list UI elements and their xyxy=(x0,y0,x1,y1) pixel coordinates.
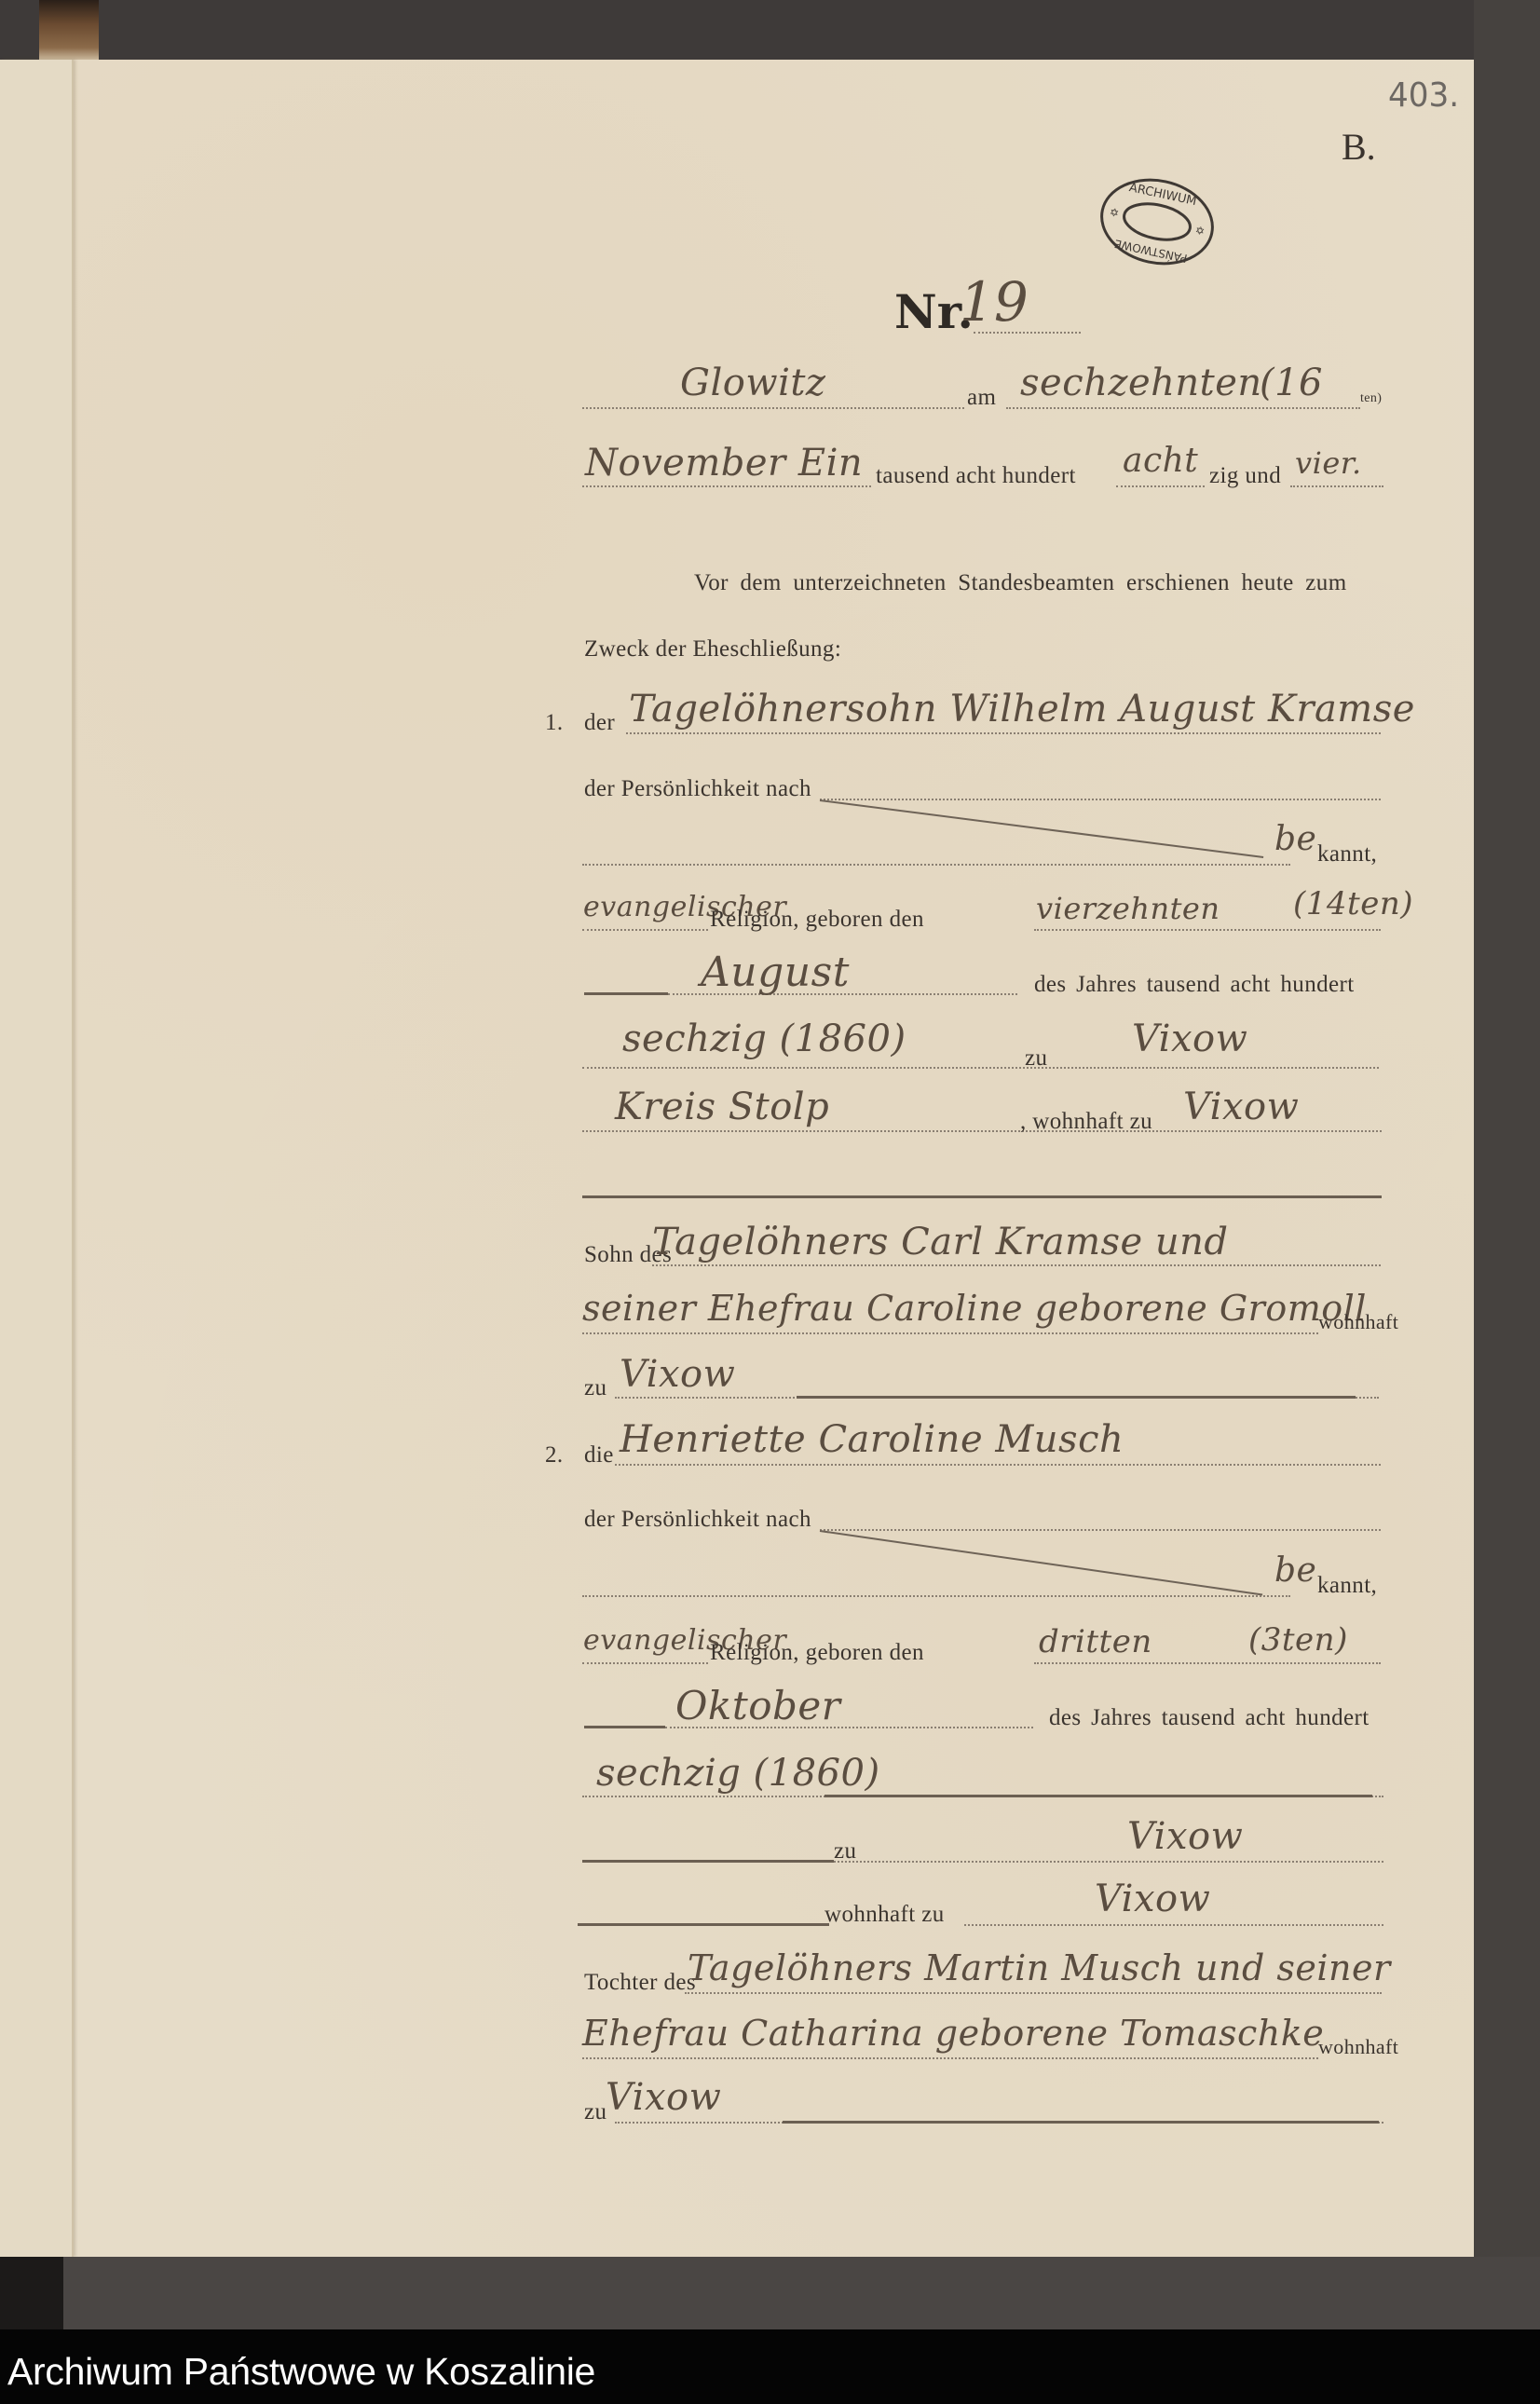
party1-birth-place: Vixow xyxy=(1132,1018,1247,1060)
party1-residence: Vixow xyxy=(1183,1086,1299,1128)
party1-residence-label: , wohnhaft zu xyxy=(1020,1109,1152,1135)
party1-index: 1. xyxy=(545,710,564,736)
party1-birth-year: sechzig (1860) xyxy=(622,1018,906,1060)
facing-page-edge xyxy=(0,60,74,2257)
party1-mother: seiner Ehefrau Caroline geborene Gromoll xyxy=(582,1288,1367,1329)
party2-residence: Vixow xyxy=(1095,1878,1210,1920)
party2-birth-place: Vixow xyxy=(1127,1815,1243,1858)
party1-birthday-numeric: (14ten) xyxy=(1293,885,1413,922)
party2-birth-year: sechzig (1860) xyxy=(596,1752,880,1795)
party1-birthyear-line xyxy=(582,1067,1379,1069)
svg-text:✡: ✡ xyxy=(1109,205,1121,220)
svg-text:✡: ✡ xyxy=(1194,224,1206,239)
place-field: Glowitz xyxy=(680,362,826,404)
year-printed-1: tausend acht hundert xyxy=(876,463,1076,489)
party2-known-fill: be xyxy=(1274,1551,1316,1590)
party2-father-line xyxy=(685,1992,1382,1994)
folio-number: 403. xyxy=(1388,76,1459,115)
party1-religion-line xyxy=(582,929,708,931)
party1-district: Kreis Stolp xyxy=(615,1086,829,1128)
unit-field: vier. xyxy=(1295,445,1362,481)
section-letter: B. xyxy=(1342,125,1376,169)
book-spine xyxy=(39,0,99,60)
archive-caption: Archiwum Państwowe w Koszalinie xyxy=(7,2348,595,2395)
party1-identity-line-2 xyxy=(582,864,1290,866)
party2-birthday-numeric: (3ten) xyxy=(1248,1621,1348,1659)
party2-identity-label: der Persönlichkeit nach xyxy=(584,1507,811,1533)
party1-month-rule xyxy=(584,992,668,995)
party2-parents-residence-label: wohnhaft xyxy=(1318,2035,1398,2059)
party1-blank-rule xyxy=(582,1195,1382,1198)
party1-district-line xyxy=(582,1130,1382,1132)
month-line xyxy=(582,485,871,487)
party2-identity-line-1 xyxy=(820,1529,1381,1531)
party2-known-suffix: kannt, xyxy=(1317,1573,1377,1599)
party2-parents-residence-rule xyxy=(783,2121,1379,2124)
party1-parents-residence: Vixow xyxy=(620,1353,735,1396)
party1-father-line xyxy=(652,1264,1381,1266)
party2-residence-rule xyxy=(578,1923,829,1926)
decade-line xyxy=(1116,485,1205,487)
place-line xyxy=(582,407,964,409)
day-words-field: sechzehnten xyxy=(1020,362,1262,404)
party1-article: der xyxy=(584,710,615,736)
preamble-line-1: Vor dem unterzeichneten Standesbeamten e… xyxy=(694,570,1347,596)
day-numeric-field: (16 xyxy=(1260,362,1323,404)
party2-birthyear-rule xyxy=(825,1795,1372,1797)
party2-birth-month: Oktober xyxy=(675,1683,840,1728)
party2-birthplace-line xyxy=(834,1861,1383,1863)
party2-parents-residence: Vixow xyxy=(606,2076,721,2119)
party2-parents-zu-label: zu xyxy=(584,2099,606,2125)
scan-background-bottom xyxy=(0,2257,1540,2329)
party1-birthday-line xyxy=(1034,929,1381,931)
party1-parents-residence-rule xyxy=(797,1396,1356,1399)
party1-parents-zu-label: zu xyxy=(584,1375,606,1401)
party2-birthday-words: dritten xyxy=(1039,1623,1152,1660)
party1-identity-line-1 xyxy=(820,799,1381,800)
record-number-line xyxy=(974,332,1081,334)
scan-background-right xyxy=(1474,0,1540,2329)
party2-birthday-line xyxy=(1034,1662,1381,1664)
party1-mother-line xyxy=(582,1332,1318,1334)
record-number-value: 19 xyxy=(960,270,1029,334)
decade-field: acht xyxy=(1123,442,1198,480)
party1-parents-residence-label: wohnhaft xyxy=(1318,1310,1398,1334)
party2-mother: Ehefrau Catharina geborene Tomaschke xyxy=(582,2013,1324,2054)
party2-residence-label: wohnhaft zu xyxy=(825,1902,945,1928)
party2-name-field: Henriette Caroline Musch xyxy=(620,1418,1124,1461)
party2-year-label: des Jahres tausend acht hundert xyxy=(1049,1705,1370,1731)
preamble-line-2: Zweck der Eheschließung: xyxy=(584,636,841,662)
party2-residence-line xyxy=(964,1924,1383,1926)
year-printed-2: zig und xyxy=(1209,463,1281,489)
unit-line xyxy=(1290,485,1383,487)
party1-birth-month: August xyxy=(701,949,850,996)
party1-known-suffix: kannt, xyxy=(1317,841,1377,867)
party1-father: Tagelöhners Carl Kramse und xyxy=(652,1221,1229,1263)
party2-father: Tagelöhners Martin Musch und seiner xyxy=(688,1947,1391,1988)
party1-birthday-words: vierzehnten xyxy=(1036,891,1220,926)
party1-name-field: Tagelöhnersohn Wilhelm August Kramse xyxy=(629,688,1415,731)
party2-religion-label: Religion, geboren den xyxy=(710,1640,924,1666)
party2-birthplace-rule xyxy=(582,1860,834,1863)
party2-zu-label: zu xyxy=(834,1838,856,1864)
day-line xyxy=(1006,407,1360,409)
scan-background-corner xyxy=(0,2257,63,2329)
party2-identity-line-2 xyxy=(582,1595,1290,1597)
party1-zu-label: zu xyxy=(1025,1045,1047,1072)
party1-identity-label: der Persönlichkeit nach xyxy=(584,776,811,802)
party1-known-fill: be xyxy=(1274,820,1316,858)
party1-year-label: des Jahres tausend acht hundert xyxy=(1034,972,1355,998)
day-suffix: ten) xyxy=(1360,391,1382,406)
party2-mother-line xyxy=(582,2057,1318,2059)
party2-parents-label: Tochter des xyxy=(584,1970,696,1996)
month-field: November Ein xyxy=(585,442,863,485)
am-label: am xyxy=(967,385,996,411)
party2-index: 2. xyxy=(545,1442,564,1468)
party2-name-line xyxy=(615,1464,1381,1466)
party2-religion-line xyxy=(582,1662,708,1664)
party2-month-rule xyxy=(584,1726,665,1728)
party1-religion-label: Religion, geboren den xyxy=(710,907,924,933)
party1-name-line xyxy=(626,732,1381,734)
party2-article: die xyxy=(584,1442,614,1468)
